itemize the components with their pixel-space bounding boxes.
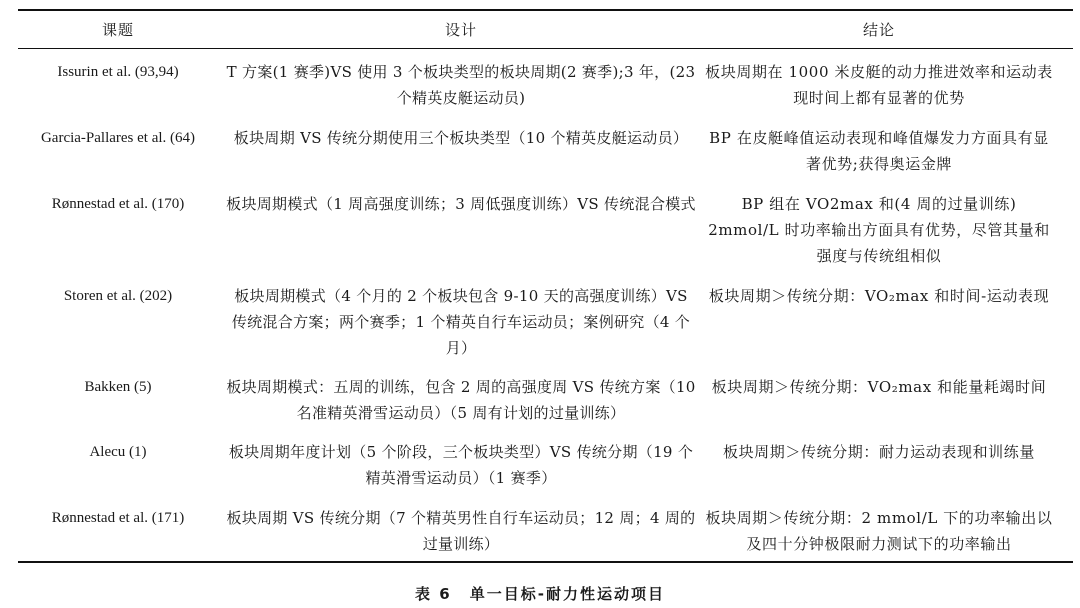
subject-cell: Alecu (1) — [18, 439, 218, 465]
conclusion-cell: 板块周期在 1000 米皮艇的动力推进效率和运动表现时间上都有显著的优势 — [704, 59, 1054, 111]
caption-number: 表 6 — [415, 585, 452, 603]
subject-cell: Storen et al. (202) — [18, 283, 218, 309]
table-bottom-rule — [18, 561, 1073, 563]
conclusion-cell: 板块周期＞传统分期：VO₂max 和时间-运动表现 — [704, 283, 1054, 309]
subject-cell: Bakken (5) — [18, 374, 218, 400]
caption-title: 单一目标-耐力性运动项目 — [470, 585, 665, 603]
conclusion-cell: 板块周期＞传统分期：耐力运动表现和训练量 — [704, 439, 1054, 465]
header-subject: 课题 — [18, 11, 218, 48]
design-cell: 板块周期模式（1 周高强度训练；3 周低强度训练）VS 传统混合模式 — [226, 191, 696, 217]
conclusion-cell: 板块周期＞传统分期：2 mmol/L 下的功率输出以及四十分钟极限耐力测试下的功… — [704, 505, 1054, 557]
design-cell: T 方案(1 赛季)VS 使用 3 个板块类型的板块周期(2 赛季);3 年，(… — [226, 59, 696, 111]
design-cell: 板块周期年度计划（5 个阶段，三个板块类型）VS 传统分期（19 个精英滑雪运动… — [226, 439, 696, 491]
table-header-rule — [18, 48, 1073, 49]
design-cell: 板块周期模式：五周的训练，包含 2 周的高强度周 VS 传统方案（10 名准精英… — [226, 374, 696, 426]
header-conclusion: 结论 — [704, 11, 1054, 48]
design-cell: 板块周期 VS 传统分期使用三个板块类型（10 个精英皮艇运动员） — [226, 125, 696, 151]
conclusion-cell: 板块周期＞传统分期：VO₂max 和能量耗竭时间 — [704, 374, 1054, 400]
header-design: 设计 — [226, 11, 696, 48]
subject-cell: Garcia-Pallares et al. (64) — [18, 125, 218, 151]
conclusion-cell: BP 组在 VO2max 和(4 周的过量训练) 2mmol/L 时功率输出方面… — [704, 191, 1054, 269]
design-cell: 板块周期模式（4 个月的 2 个板块包含 9-10 天的高强度训练）VS 传统混… — [226, 283, 696, 361]
table-caption: 表 6单一目标-耐力性运动项目 — [0, 583, 1080, 604]
design-cell: 板块周期 VS 传统分期（7 个精英男性自行车运动员；12 周；4 周的过量训练… — [226, 505, 696, 557]
subject-cell: Rønnestad et al. (170) — [18, 191, 218, 217]
conclusion-cell: BP 在皮艇峰值运动表现和峰值爆发力方面具有显著优势;获得奥运金牌 — [704, 125, 1054, 177]
subject-cell: Issurin et al. (93,94) — [18, 59, 218, 85]
subject-cell: Rønnestad et al. (171) — [18, 505, 218, 531]
